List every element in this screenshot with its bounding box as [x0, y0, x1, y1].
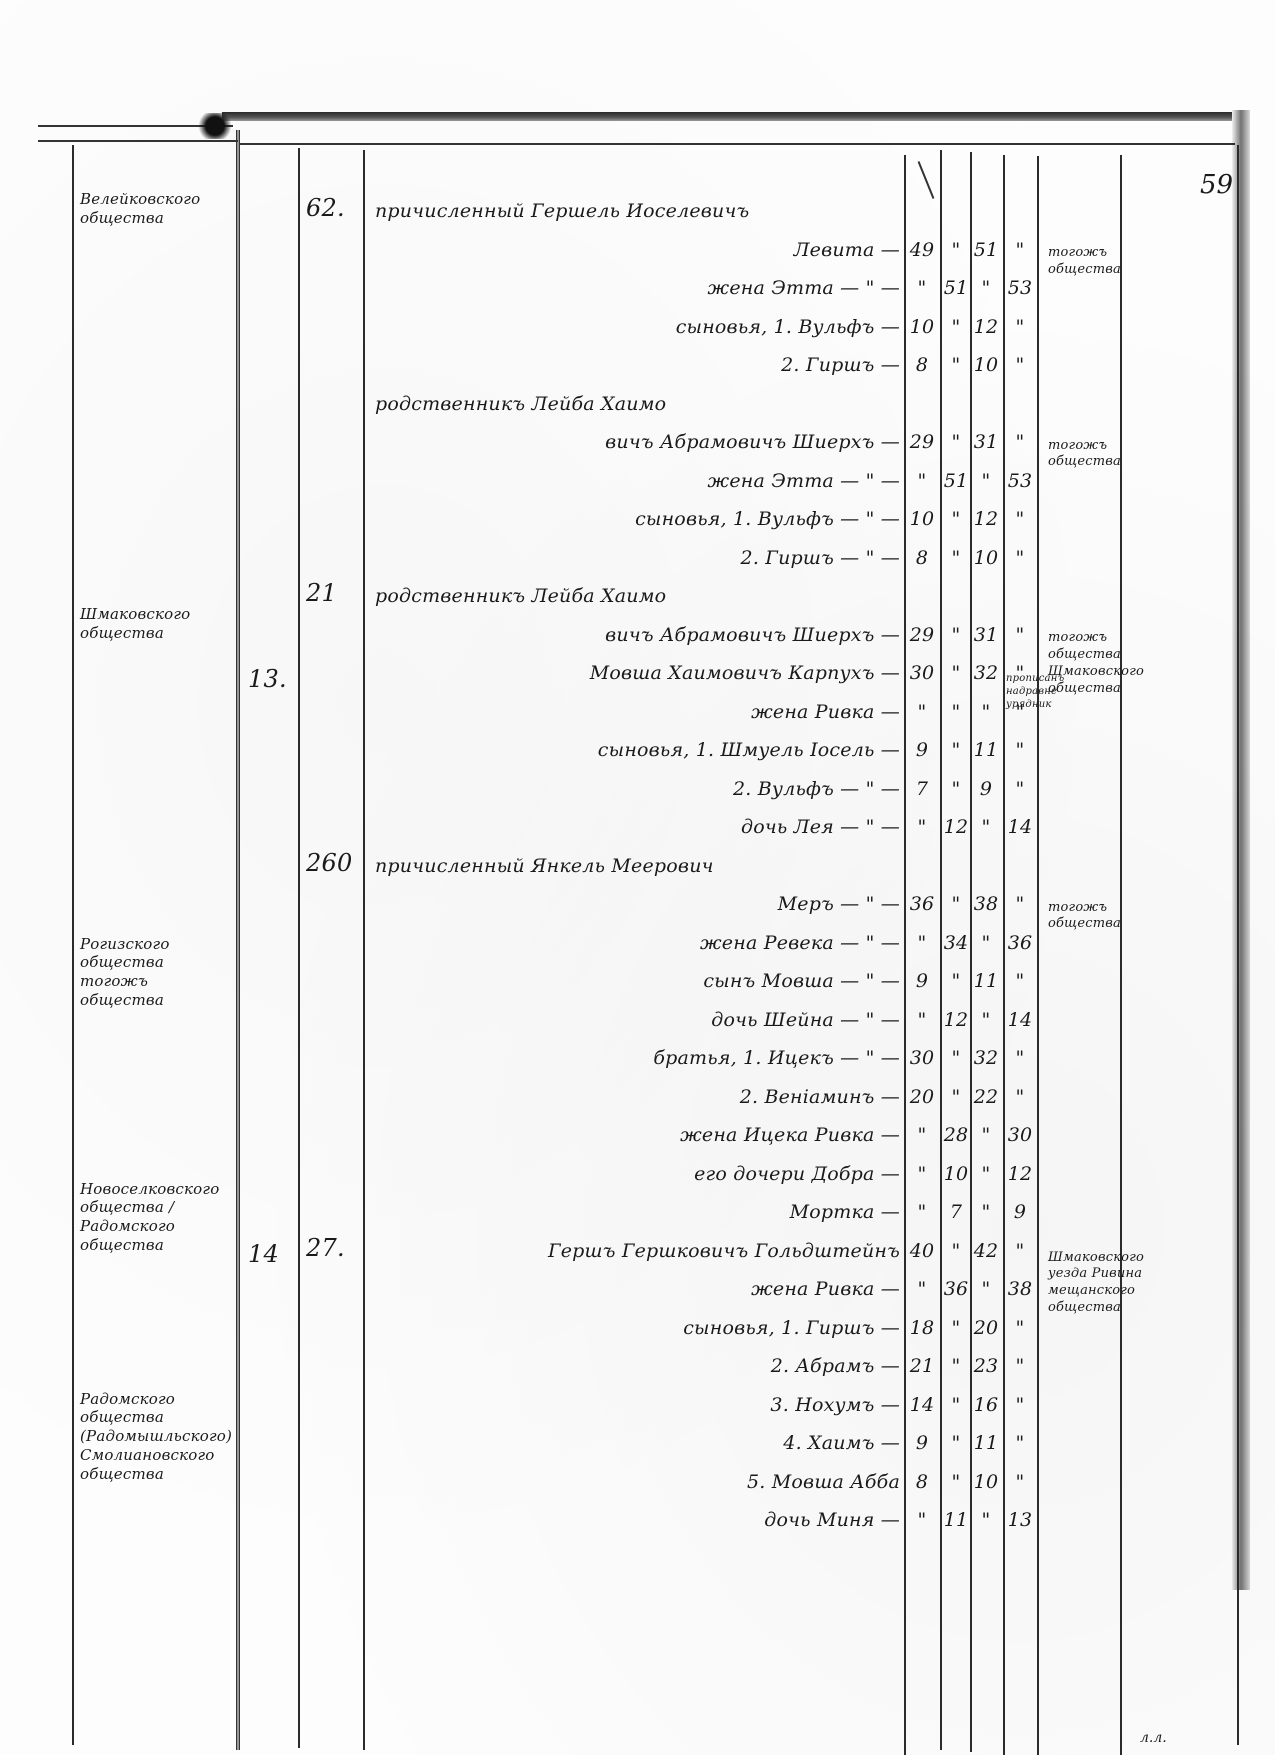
age-prev: 8	[908, 547, 936, 569]
age-prev: "	[908, 1278, 936, 1300]
column-rule	[1003, 155, 1005, 1755]
age-prev: "	[908, 1009, 936, 1031]
entry-name: 5. Мовша Абба	[520, 1471, 900, 1493]
entry-name: его дочери Добра —	[520, 1163, 900, 1185]
age-c: "	[1006, 893, 1034, 915]
age-a: "	[942, 662, 970, 684]
column-rule-double	[236, 130, 240, 1750]
age-b: 11	[972, 739, 1000, 761]
age-a: "	[942, 431, 970, 453]
age-c: "	[1006, 1086, 1034, 1108]
age-b: 32	[972, 1047, 1000, 1069]
age-c: "	[1006, 316, 1034, 338]
entry-name: 2. Вульфъ — " —	[520, 778, 900, 800]
age-a: "	[942, 701, 970, 723]
age-b: 10	[972, 1471, 1000, 1493]
age-prev: 9	[908, 970, 936, 992]
age-prev: "	[908, 1163, 936, 1185]
household-number: 13.	[248, 665, 287, 693]
column-rule	[363, 150, 365, 1750]
age-prev: 8	[908, 354, 936, 376]
entry-name: вичъ Абрамовичъ Шиерхъ —	[470, 624, 900, 646]
column-rule	[298, 148, 300, 1748]
age-b: 31	[972, 431, 1000, 453]
age-prev: "	[908, 277, 936, 299]
entry-name: родственникъ Лейба Хаимо	[375, 393, 900, 415]
family-number: 27.	[306, 1234, 345, 1262]
age-prev: "	[908, 816, 936, 838]
age-c: 38	[1006, 1278, 1034, 1300]
age-prev: 8	[908, 1471, 936, 1493]
age-a: "	[942, 739, 970, 761]
age-prev: 40	[908, 1240, 936, 1262]
age-b: 10	[972, 547, 1000, 569]
age-prev: 9	[908, 1432, 936, 1454]
entry-name: 2. Гиршъ — " —	[520, 547, 900, 569]
entry-name: Мовша Хаимовичъ Карпухъ —	[520, 662, 900, 684]
age-prev: 30	[908, 662, 936, 684]
age-b: 12	[972, 508, 1000, 530]
page-edge-shadow	[1232, 110, 1250, 1590]
age-b: "	[972, 1509, 1000, 1531]
age-prev: "	[908, 1124, 936, 1146]
community-label: Рогизского общества тогожъ общества	[80, 935, 230, 1010]
entry-name: жена Этта — " —	[520, 277, 900, 299]
age-a: 12	[942, 1009, 970, 1031]
entry-name: сыновья, 1. Вульфъ — " —	[520, 508, 900, 530]
entry-name: Гершъ Гершковичъ Гольдштейнъ	[520, 1240, 900, 1262]
community-label: Новоселковского общества / Радомского об…	[80, 1180, 230, 1255]
age-c: "	[1006, 1240, 1034, 1262]
age-c: "	[1006, 624, 1034, 646]
age-b: 51	[972, 239, 1000, 261]
age-a: 11	[942, 1509, 970, 1531]
column-rule	[1037, 156, 1039, 1755]
age-a: "	[942, 1432, 970, 1454]
age-prev: 10	[908, 508, 936, 530]
age-b: 42	[972, 1240, 1000, 1262]
age-b: 32	[972, 662, 1000, 684]
community-label-extra: Радомского общества (Радомышльского) Смо…	[80, 1390, 230, 1484]
community-label: Шмаковского общества	[80, 605, 230, 643]
age-a: "	[942, 547, 970, 569]
age-b: 11	[972, 1432, 1000, 1454]
age-a: "	[942, 1394, 970, 1416]
entry-name: Мортка —	[520, 1201, 900, 1223]
age-a: 7	[942, 1201, 970, 1223]
age-prev: 49	[908, 239, 936, 261]
age-a: "	[942, 1240, 970, 1262]
age-a: 28	[942, 1124, 970, 1146]
top-rule-heavy	[222, 112, 1232, 121]
entry-name: дочь Миня —	[520, 1509, 900, 1531]
age-c: "	[1006, 970, 1034, 992]
age-b: 12	[972, 316, 1000, 338]
status-note: Шмаковского уезда Ривина мещанского обще…	[1048, 1250, 1163, 1318]
age-prev: 20	[908, 1086, 936, 1108]
age-b: "	[972, 1201, 1000, 1223]
age-prev: "	[908, 470, 936, 492]
status-note: тогожъ общества	[1048, 900, 1163, 934]
entry-name: жена Ривка —	[520, 701, 900, 723]
ink-blot	[196, 113, 234, 139]
age-prev: 7	[908, 778, 936, 800]
age-prev: 21	[908, 1355, 936, 1377]
family-number: 260	[306, 849, 352, 877]
top-rule-left-lower	[38, 140, 238, 142]
age-c: 14	[1006, 1009, 1034, 1031]
age-a: "	[942, 354, 970, 376]
age-c: 14	[1006, 816, 1034, 838]
age-prev: 9	[908, 739, 936, 761]
status-note: тогожъ общества	[1048, 245, 1163, 279]
age-b: "	[972, 932, 1000, 954]
age-a: 51	[942, 277, 970, 299]
age-a: "	[942, 316, 970, 338]
age-a: "	[942, 778, 970, 800]
column-rule	[1120, 155, 1122, 1755]
age-a: 51	[942, 470, 970, 492]
age-a: "	[942, 508, 970, 530]
entry-name: причисленный Гершель Иоселевичъ	[375, 200, 900, 222]
column-rule	[72, 145, 74, 1745]
age-prev: 36	[908, 893, 936, 915]
age-a: 34	[942, 932, 970, 954]
status-note: тогожъ общества Шмаковского общества	[1048, 630, 1158, 698]
age-a: "	[942, 1086, 970, 1108]
age-b: "	[972, 277, 1000, 299]
entry-name: родственникъ Лейба Хаимо	[375, 585, 900, 607]
age-b: "	[972, 1278, 1000, 1300]
age-b: 16	[972, 1394, 1000, 1416]
age-b: 38	[972, 893, 1000, 915]
entry-name: сыновья, 1. Шмуель Іосель —	[520, 739, 900, 761]
age-prev: 29	[908, 624, 936, 646]
age-b: "	[972, 1163, 1000, 1185]
age-b: "	[972, 470, 1000, 492]
age-c: 12	[1006, 1163, 1034, 1185]
entry-name: 3. Нохумъ —	[520, 1394, 900, 1416]
age-c: "	[1006, 1047, 1034, 1069]
age-c: 9	[1006, 1201, 1034, 1223]
age-b: 31	[972, 624, 1000, 646]
family-number: 21	[306, 579, 337, 607]
age-b: "	[972, 816, 1000, 838]
entry-name: причисленный Янкель Меерович	[375, 855, 900, 877]
age-a: "	[942, 624, 970, 646]
top-rule-thin	[240, 143, 1235, 145]
entry-name: 2. Веніаминъ —	[520, 1086, 900, 1108]
age-c: 36	[1006, 932, 1034, 954]
age-prev: 18	[908, 1317, 936, 1339]
entry-name: сыновья, 1. Вульфъ —	[520, 316, 900, 338]
age-c: "	[1006, 778, 1034, 800]
age-c: "	[1006, 547, 1034, 569]
status-note-mid: прописанъ надравне урядник	[1006, 672, 1046, 711]
age-c: "	[1006, 239, 1034, 261]
age-c: 53	[1006, 277, 1034, 299]
age-a: "	[942, 1047, 970, 1069]
entry-name: вичъ Абрамовичъ Шиерхъ —	[470, 431, 900, 453]
household-number: 14	[248, 1240, 279, 1268]
age-b: 11	[972, 970, 1000, 992]
age-prev: "	[908, 1201, 936, 1223]
age-c: "	[1006, 1355, 1034, 1377]
age-b: 20	[972, 1317, 1000, 1339]
family-number: 62.	[306, 194, 345, 222]
entry-name: жена Ревека — " —	[520, 932, 900, 954]
age-b: 22	[972, 1086, 1000, 1108]
age-a: 10	[942, 1163, 970, 1185]
age-c: 30	[1006, 1124, 1034, 1146]
age-c: "	[1006, 1432, 1034, 1454]
age-prev: 10	[908, 316, 936, 338]
age-prev: "	[908, 932, 936, 954]
scanned-register-page: 59 Велейковского общества62.причисленный…	[0, 0, 1275, 1755]
age-prev: 29	[908, 431, 936, 453]
entry-name: жена Ривка —	[520, 1278, 900, 1300]
community-label: Велейковского общества	[80, 190, 230, 228]
age-prev: "	[908, 701, 936, 723]
entry-name: сыновья, 1. Гиршъ —	[520, 1317, 900, 1339]
age-b: "	[972, 1124, 1000, 1146]
age-b: 10	[972, 354, 1000, 376]
age-c: 13	[1006, 1509, 1034, 1531]
entry-name: сынъ Мовша — " —	[520, 970, 900, 992]
age-a: "	[942, 893, 970, 915]
age-c: 53	[1006, 470, 1034, 492]
age-a: "	[942, 1355, 970, 1377]
pen-tick-mark	[918, 161, 935, 199]
age-b: "	[972, 1009, 1000, 1031]
age-a: "	[942, 239, 970, 261]
entry-name: Меръ — " —	[470, 893, 900, 915]
age-a: "	[942, 970, 970, 992]
age-c: "	[1006, 739, 1034, 761]
age-a: 36	[942, 1278, 970, 1300]
entry-name: жена Ицека Ривка —	[520, 1124, 900, 1146]
age-b: 9	[972, 778, 1000, 800]
entry-name: 2. Гиршъ —	[520, 354, 900, 376]
entry-name: братья, 1. Ицекъ — " —	[520, 1047, 900, 1069]
age-c: "	[1006, 508, 1034, 530]
age-a: "	[942, 1471, 970, 1493]
column-rule	[904, 155, 906, 1755]
entry-name: жена Этта — " —	[520, 470, 900, 492]
age-c: "	[1006, 1317, 1034, 1339]
age-c: "	[1006, 354, 1034, 376]
entry-name: 4. Хаимъ —	[520, 1432, 900, 1454]
age-a: "	[942, 1317, 970, 1339]
footer-mark: л.л.	[1140, 1730, 1167, 1746]
entry-name: дочь Шейна — " —	[520, 1009, 900, 1031]
entry-name: Левита —	[470, 239, 900, 261]
age-prev: 30	[908, 1047, 936, 1069]
age-b: "	[972, 701, 1000, 723]
age-c: "	[1006, 431, 1034, 453]
age-a: 12	[942, 816, 970, 838]
entry-name: 2. Абрамъ —	[520, 1355, 900, 1377]
entry-name: дочь Лея — " —	[520, 816, 900, 838]
age-prev: 14	[908, 1394, 936, 1416]
column-rule	[1237, 145, 1239, 1745]
page-number: 59	[1200, 170, 1233, 200]
age-b: 23	[972, 1355, 1000, 1377]
status-note: тогожъ общества	[1048, 438, 1163, 472]
age-c: "	[1006, 1394, 1034, 1416]
age-c: "	[1006, 1471, 1034, 1493]
age-prev: "	[908, 1509, 936, 1531]
